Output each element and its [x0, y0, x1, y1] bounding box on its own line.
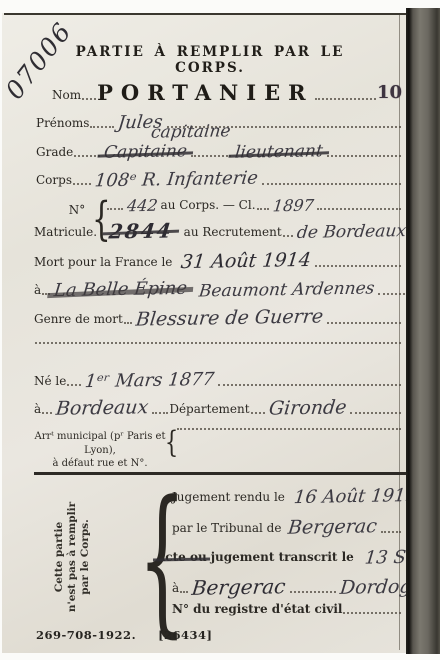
dotted-line	[191, 155, 231, 157]
scan-edge-shadow	[406, 8, 440, 654]
field-row-tribunal: par le Tribunal de Bergerac	[172, 518, 402, 537]
field-row-registre: N° du registre d'état civil	[172, 602, 402, 618]
dotted-line	[73, 183, 91, 185]
transcription-label: jugement transcrit le	[211, 550, 354, 566]
naissance-label: Né le	[34, 374, 66, 390]
dotted-line	[290, 591, 336, 593]
jugement-label: Jugement rendu le	[172, 490, 285, 506]
dotted-line	[283, 235, 293, 237]
genre-mort-label: Genre de mort	[34, 312, 123, 328]
corps-label: Corps	[36, 173, 72, 189]
field-row-jugement: Jugement rendu le 16 Août 1919	[172, 488, 402, 506]
dotted-line	[350, 412, 401, 414]
blank-dotted-row	[34, 342, 402, 348]
jugement-date-handwritten: 16 Août 1919	[290, 487, 421, 507]
dotted-line	[107, 208, 123, 210]
field-row-mort: Mort pour la France le 31 Août 1914	[34, 252, 402, 271]
footer-print-code: 269-708-1922.[26434]	[36, 628, 212, 642]
dotted-line	[378, 293, 405, 295]
mort-label: Mort pour la France le	[34, 255, 172, 271]
grade-struck-value: Capitaine	[100, 143, 191, 162]
dotted-line	[327, 155, 401, 157]
nom-value-stamp: PORTANIER	[97, 82, 313, 104]
arrondissement-blank-row	[176, 428, 402, 434]
footer-bracket-number: [26434]	[158, 628, 212, 642]
dotted-line	[315, 98, 376, 100]
sidebar-vertical-note: Cette partie n'est pas à remplir par le …	[53, 482, 97, 632]
dotted-line	[251, 412, 265, 414]
lieu-mort-label: à	[34, 283, 41, 299]
naissance-lieu-value-handwritten: Bordeaux	[52, 398, 152, 419]
field-row-transcription: Acte ou jugement transcrit le 13 Septemb…	[156, 548, 402, 566]
form-title: PARTIE À REMPLIR PAR LE CORPS.	[55, 44, 365, 76]
arrondissement-label: Arrᵗ municipal (pʳ Paris et Lyon), à déf…	[34, 430, 166, 471]
field-row-naissance-lieu: à Bordeaux Département Gironde	[34, 399, 402, 418]
departement-value-handwritten: Gironde	[264, 398, 350, 418]
naissance-date-handwritten: 1ᵉʳ Mars 1877	[81, 371, 218, 391]
dotted-line	[124, 322, 132, 324]
dotted-line	[82, 98, 96, 100]
corps-value-handwritten: 108ᵉ R. Infanterie	[91, 170, 262, 191]
matricule-row-recrutement: 2844 au Recrutement de Bordeaux	[106, 221, 402, 241]
dotted-line	[257, 208, 269, 210]
dotted-line	[343, 612, 401, 614]
grade-correction-handwritten: capitaine	[147, 123, 234, 141]
registre-label: N° du registre d'état civil	[172, 602, 342, 618]
dotted-line	[90, 126, 114, 128]
grade-struck-value-2: lieutenant	[231, 143, 327, 162]
dotted-line	[180, 591, 188, 593]
dotted-line	[35, 342, 401, 344]
scanned-document-page: { "scan": { "corner_number": "07006", "p…	[0, 0, 440, 660]
footer-code: 269-708-1922.	[36, 628, 136, 642]
genre-mort-value-handwritten: Blessure de Guerre	[132, 307, 327, 329]
dotted-line	[74, 155, 100, 157]
matricule-recrutement-number-handwritten: 2844	[105, 220, 177, 241]
naissance-lieu-label: à	[34, 402, 41, 418]
grade-label: Grade	[36, 145, 73, 161]
dotted-line	[218, 384, 401, 386]
transcription-struck-label: Acte ou	[156, 550, 207, 566]
matricule-recrutement-text: au Recrutement	[184, 225, 282, 241]
field-row-naissance: Né le 1ᵉʳ Mars 1877	[34, 372, 402, 390]
field-row-corps: Corps 108ᵉ R. Infanterie	[36, 171, 402, 189]
field-row-grade: Grade Capitaine lieutenant	[36, 144, 402, 161]
lieu-mort-struck-handwritten: La Belle Épine	[50, 280, 191, 300]
dotted-line	[327, 322, 401, 324]
matricule-row-corps: 442 au Corps. — Cl. 1897	[106, 198, 402, 214]
matricule-corps-number-handwritten: 442	[123, 198, 161, 215]
transcription-lieu-label: à	[172, 581, 179, 597]
prenoms-label: Prénoms	[36, 116, 89, 132]
dotted-line	[42, 412, 52, 414]
card-top-border	[4, 13, 406, 15]
lieu-mort-value-handwritten: Beaumont Ardennes	[195, 280, 378, 300]
field-row-lieu-mort: à La Belle Épine Beaumont Ardennes	[34, 281, 406, 299]
page-number-stamp: 10	[377, 84, 402, 104]
matricule-corps-text: au Corps. — Cl.	[161, 198, 256, 214]
field-row-genre-mort: Genre de mort Blessure de Guerre	[34, 309, 402, 328]
matricule-label-line2: Matricule.	[34, 225, 97, 241]
tribunal-label: par le Tribunal de	[172, 521, 281, 537]
nom-label: Nom	[52, 88, 81, 104]
dotted-line	[152, 412, 168, 414]
dotted-line	[262, 183, 401, 185]
departement-label: Département	[169, 402, 249, 418]
dotted-line	[67, 384, 81, 386]
dotted-line	[317, 208, 401, 210]
dotted-line	[177, 428, 401, 430]
field-row-transcription-lieu: à Bergerac Dordogne	[172, 577, 402, 597]
matricule-classe-handwritten: 1897	[269, 198, 317, 215]
dotted-line	[315, 265, 401, 267]
transcription-lieu-value-handwritten: Bergerac	[188, 576, 290, 598]
section-divider-rule	[34, 472, 418, 475]
dotted-line	[381, 531, 401, 533]
mort-date-handwritten: 31 Août 1914	[177, 251, 315, 272]
tribunal-value-handwritten: Bergerac	[284, 517, 381, 538]
matricule-recrutement-place-handwritten: de Bordeaux	[293, 223, 410, 242]
field-row-nom: Nom PORTANIER 10	[52, 82, 402, 104]
